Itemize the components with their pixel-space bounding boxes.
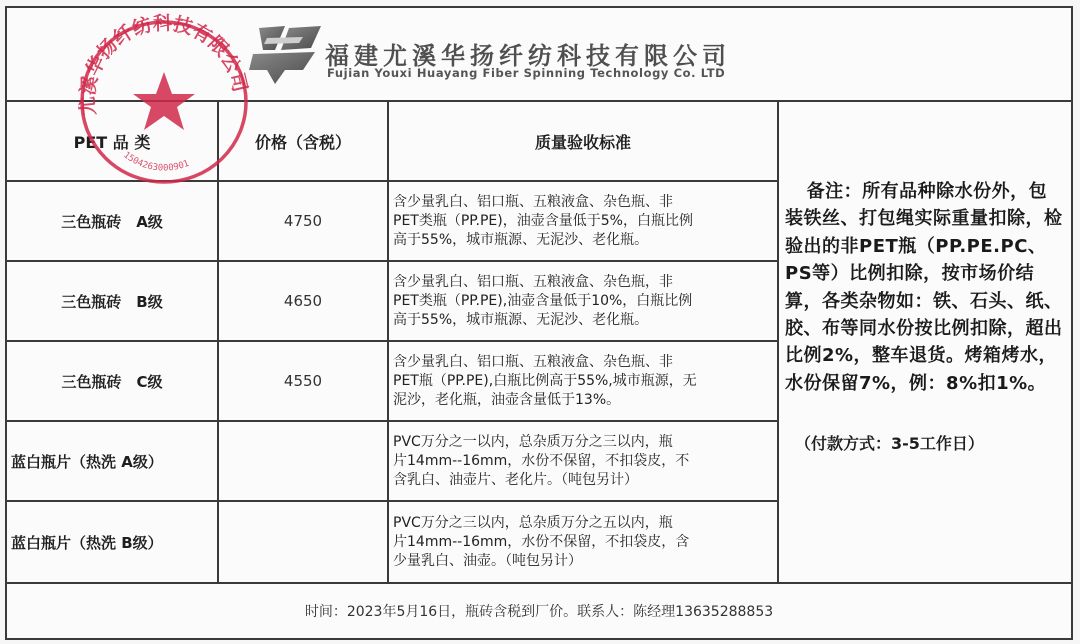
standard-line: PVC万分之一以内，总杂质万分之三以内，瓶: [393, 433, 689, 452]
standard-line: 高于55%，城市瓶源、无泥沙、老化瓶。: [393, 311, 692, 330]
table-row-price: 4750: [219, 182, 389, 262]
payment-terms: （付款方式：3-5工作日）: [785, 431, 1065, 454]
table-row-price: 4650: [219, 262, 389, 342]
col-header-standard: 质量验收标准: [389, 102, 779, 182]
remarks-text: 备注：所有品种除水份外，包装铁丝、打包绳实际重量扣除，检验出的非PET瓶（PP.…: [785, 178, 1065, 397]
table-row-standard: 含少量乳白、铝口瓶、五粮液盒、杂色瓶、非 PET类瓶（PP.PE)，油壶含量低于…: [389, 182, 779, 262]
table-row-category: 蓝白瓶片（热洗 A级）: [7, 422, 219, 502]
standard-line: 含乳白、油壶片、老化片。（吨包另计）: [393, 471, 689, 490]
standard-line: 含少量乳白、铝口瓶、五粮液盒、杂色瓶、非: [393, 353, 697, 372]
table-row-standard: PVC万分之一以内，总杂质万分之三以内，瓶 片14mm--16mm，水份不保留，…: [389, 422, 779, 502]
standard-line: PET瓶（PP.PE),白瓶比例高于55%,城市瓶源，无: [393, 372, 697, 391]
table-row-standard: 含少量乳白、铝口瓶、五粮液盒、杂色瓶，非 PET类瓶（PP.PE),油壶含量低于…: [389, 262, 779, 342]
standard-line: 片14mm--16mm，水份不保留，不扣袋皮，不: [393, 452, 689, 471]
table-row-standard: 含少量乳白、铝口瓶、五粮液盒、杂色瓶、非 PET瓶（PP.PE),白瓶比例高于5…: [389, 342, 779, 422]
standard-line: 片14mm--16mm，水份不保留，不扣袋皮，含: [393, 533, 689, 552]
table-row-category: 三色瓶砖 C级: [7, 342, 219, 422]
standard-line: 高于55%，城市瓶源、无泥沙、老化瓶。: [393, 231, 693, 250]
footer-contact: 时间：2023年5月16日，瓶砖含税到厂价。联系人：陈经理13635288853: [7, 584, 1071, 638]
table-row-category: 三色瓶砖 B级: [7, 262, 219, 342]
table-row-price: [219, 422, 389, 502]
company-name-en: Fujian Youxi Huayang Fiber Spinning Tech…: [327, 66, 725, 80]
table-row-price: [219, 502, 389, 584]
table-row-price: 4550: [219, 342, 389, 422]
standard-line: 少量乳白、油壶。（吨包另计）: [393, 552, 689, 571]
remarks-panel: 备注：所有品种除水份外，包装铁丝、打包绳实际重量扣除，检验出的非PET瓶（PP.…: [779, 102, 1071, 584]
col-header-price: 价格（含税）: [219, 102, 389, 182]
col-header-category: PET 品 类: [7, 102, 219, 182]
price-sheet: 福建尤溪华扬纤纺科技有限公司 Fujian Youxi Huayang Fibe…: [5, 6, 1073, 640]
standard-line: 含少量乳白、铝口瓶、五粮液盒、杂色瓶、非: [393, 193, 693, 212]
letterhead: 福建尤溪华扬纤纺科技有限公司 Fujian Youxi Huayang Fibe…: [7, 8, 1071, 102]
standard-line: PVC万分之三以内，总杂质万分之五以内，瓶: [393, 514, 689, 533]
standard-line: 含少量乳白、铝口瓶、五粮液盒、杂色瓶，非: [393, 273, 692, 292]
table-row-category: 蓝白瓶片（热洗 B级）: [7, 502, 219, 584]
table-row-category: 三色瓶砖 A级: [7, 182, 219, 262]
company-logo-icon: [245, 20, 327, 86]
table-row-standard: PVC万分之三以内，总杂质万分之五以内，瓶 片14mm--16mm，水份不保留，…: [389, 502, 779, 584]
standard-line: 泥沙，老化瓶，油壶含量低于13%。: [393, 391, 697, 410]
standard-line: PET类瓶（PP.PE),油壶含量低于10%，白瓶比例: [393, 292, 692, 311]
standard-line: PET类瓶（PP.PE)，油壶含量低于5%，白瓶比例: [393, 212, 693, 231]
